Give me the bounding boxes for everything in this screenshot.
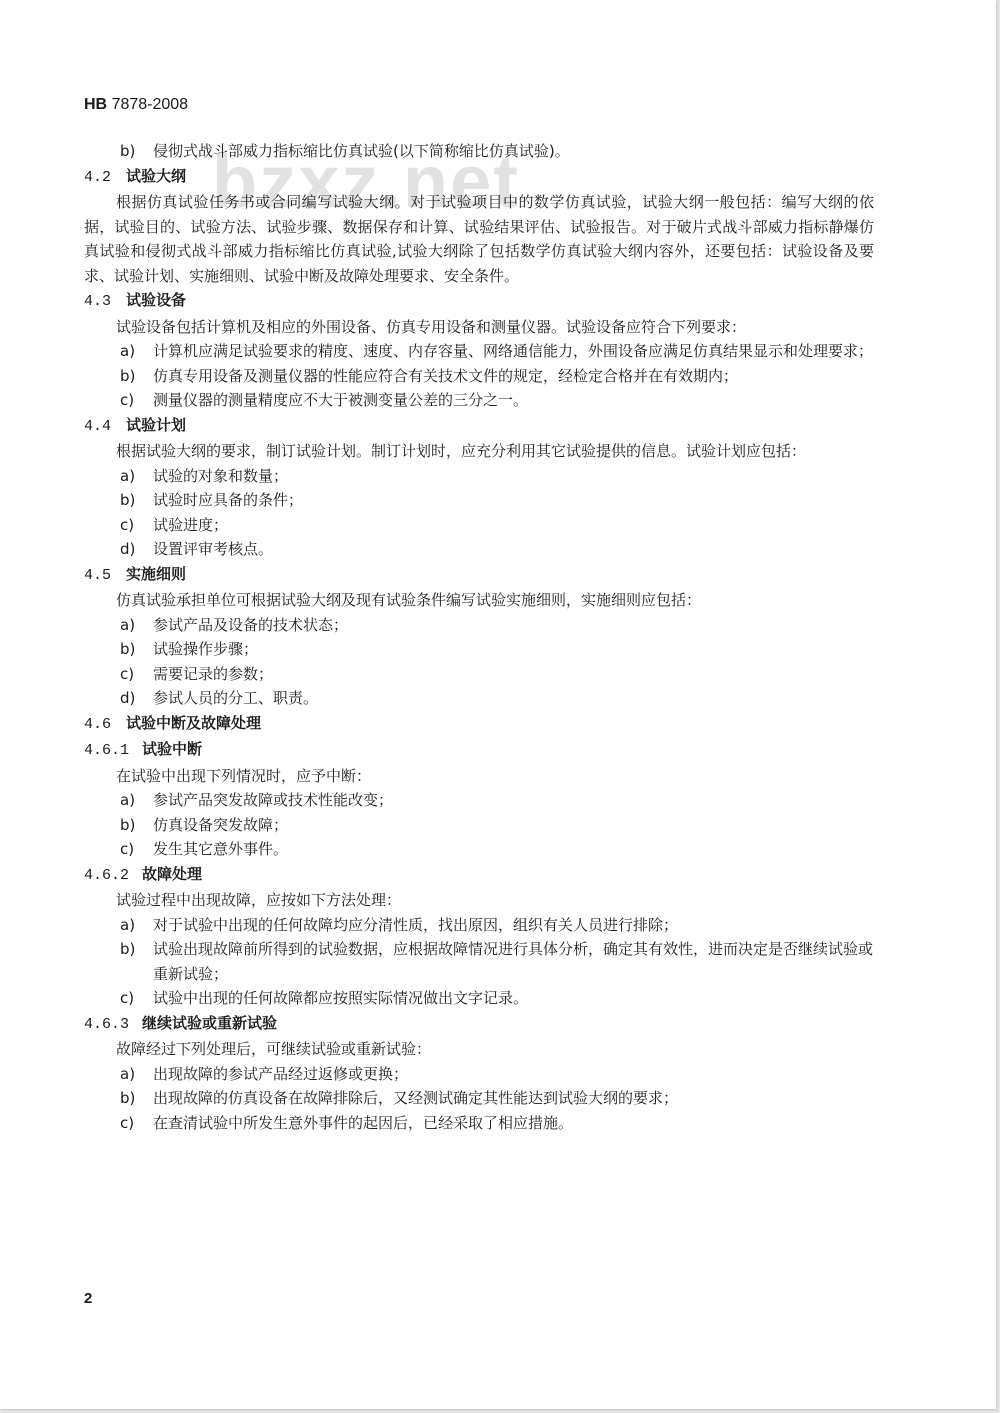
section-number: 4.6	[84, 713, 126, 738]
item-text: 侵彻式战斗部威力指标缩比仿真试验(以下简称缩比仿真试验)。	[118, 139, 874, 164]
section-number: 4.6.1	[84, 739, 142, 764]
list-item: c)试验进度；	[84, 513, 874, 538]
item-text: 仿真专用设备及测量仪器的性能应符合有关技术文件的规定，经检定合格并在有效期内；	[118, 364, 874, 389]
section-title: 故障处理	[142, 865, 202, 883]
item-text: 对于试验中出现的任何故障均应分清性质，找出原因，组织有关人员进行排除；	[118, 913, 874, 938]
item-text: 试验进度；	[118, 513, 874, 538]
list-item: a)计算机应满足试验要求的精度、速度、内存容量、网络通信能力，外围设备应满足仿真…	[84, 339, 874, 364]
list-item: c)在查清试验中所发生意外事件的起因后，已经采取了相应措施。	[84, 1111, 874, 1136]
item-text: 仿真设备突发故障；	[118, 813, 874, 838]
list-item: a)对于试验中出现的任何故障均应分清性质，找出原因，组织有关人员进行排除；	[84, 913, 874, 938]
section-title: 继续试验或重新试验	[142, 1014, 277, 1032]
section-number: 4.2	[84, 166, 126, 191]
section-heading-4-4: 4.4试验计划	[84, 413, 874, 440]
item-label: c)	[120, 388, 134, 413]
item-text: 参试产品及设备的技术状态；	[118, 613, 874, 638]
item-label: c)	[120, 662, 134, 687]
list-item: c)试验中出现的任何故障都应按照实际情况做出文字记录。	[84, 986, 874, 1011]
list-item: a)参试产品及设备的技术状态；	[84, 613, 874, 638]
item-text: 试验中出现的任何故障都应按照实际情况做出文字记录。	[118, 986, 874, 1011]
page-number: 2	[84, 1290, 92, 1307]
standard-code: HB 7878-2008	[84, 96, 188, 114]
item-text: 试验出现故障前所得到的试验数据，应根据故障情况进行具体分析，确定其有效性，进而决…	[118, 937, 874, 986]
list-item: a)参试产品突发故障或技术性能改变；	[84, 788, 874, 813]
paragraph: 故障经过下列处理后，可继续试验或重新试验：	[84, 1037, 874, 1062]
list-item: b)试验出现故障前所得到的试验数据，应根据故障情况进行具体分析，确定其有效性，进…	[84, 937, 874, 986]
document-body: b)侵彻式战斗部威力指标缩比仿真试验(以下简称缩比仿真试验)。 4.2试验大纲 …	[84, 139, 874, 1135]
list-item: b)试验操作步骤；	[84, 637, 874, 662]
item-label: b)	[120, 488, 135, 513]
section-number: 4.6.2	[84, 864, 142, 889]
item-label: b)	[120, 637, 135, 662]
list-item: c)需要记录的参数；	[84, 662, 874, 687]
section-number: 4.4	[84, 415, 126, 440]
section-title: 试验中断及故障处理	[126, 714, 261, 732]
section-title: 试验中断	[142, 740, 202, 758]
list-item: a)出现故障的参试产品经过返修或更换；	[84, 1062, 874, 1087]
section-heading-4-6: 4.6试验中断及故障处理	[84, 711, 874, 738]
item-label: b)	[120, 139, 135, 164]
section-heading-4-5: 4.5实施细则	[84, 562, 874, 589]
item-label: c)	[120, 837, 134, 862]
section-title: 试验计划	[126, 416, 186, 434]
item-label: c)	[120, 986, 134, 1011]
section-heading-4-3: 4.3试验设备	[84, 288, 874, 315]
section-title: 试验设备	[126, 291, 186, 309]
item-label: b)	[120, 937, 135, 962]
item-text: 试验时应具备的条件；	[118, 488, 874, 513]
item-label: a)	[120, 464, 135, 489]
item-label: a)	[120, 613, 135, 638]
item-text: 测量仪器的测量精度应不大于被测变量公差的三分之一。	[118, 388, 874, 413]
list-item: b)试验时应具备的条件；	[84, 488, 874, 513]
paragraph: 仿真试验承担单位可根据试验大纲及现有试验条件编写试验实施细则，实施细则应包括：	[84, 588, 874, 613]
item-label: b)	[120, 1086, 135, 1111]
item-text: 参试产品突发故障或技术性能改变；	[118, 788, 874, 813]
item-text: 发生其它意外事件。	[118, 837, 874, 862]
item-label: d)	[120, 537, 135, 562]
paragraph: 根据试验大纲的要求，制订试验计划。制订计划时，应充分利用其它试验提供的信息。试验…	[84, 439, 874, 464]
item-label: c)	[120, 513, 134, 538]
list-item: c)测量仪器的测量精度应不大于被测变量公差的三分之一。	[84, 388, 874, 413]
section-title: 实施细则	[126, 565, 186, 583]
item-text: 设置评审考核点。	[118, 537, 874, 562]
section-number: 4.5	[84, 564, 126, 589]
item-label: a)	[120, 913, 135, 938]
item-text: 需要记录的参数；	[118, 662, 874, 687]
section-heading-4-6-2: 4.6.2故障处理	[84, 862, 874, 889]
item-text: 计算机应满足试验要求的精度、速度、内存容量、网络通信能力，外围设备应满足仿真结果…	[118, 339, 874, 364]
paragraph: 在试验中出现下列情况时，应予中断：	[84, 764, 874, 789]
item-text: 参试人员的分工、职责。	[118, 686, 874, 711]
list-item: b)出现故障的仿真设备在故障排除后，又经测试确定其性能达到试验大纲的要求；	[84, 1086, 874, 1111]
list-item: d)设置评审考核点。	[84, 537, 874, 562]
paragraph: 根据仿真试验任务书或合同编写试验大纲。对于试验项目中的数学仿真试验，试验大纲一般…	[84, 190, 874, 288]
list-item: b)仿真专用设备及测量仪器的性能应符合有关技术文件的规定，经检定合格并在有效期内…	[84, 364, 874, 389]
standard-number: 7878-2008	[112, 96, 189, 113]
item-text: 出现故障的参试产品经过返修或更换；	[118, 1062, 874, 1087]
list-item: b)仿真设备突发故障；	[84, 813, 874, 838]
list-item: d)参试人员的分工、职责。	[84, 686, 874, 711]
item-label: a)	[120, 1062, 135, 1087]
paragraph: 试验设备包括计算机及相应的外围设备、仿真专用设备和测量仪器。试验设备应符合下列要…	[84, 315, 874, 340]
section-number: 4.3	[84, 290, 126, 315]
section-title: 试验大纲	[126, 167, 186, 185]
list-item: c)发生其它意外事件。	[84, 837, 874, 862]
item-label: c)	[120, 1111, 134, 1136]
item-text: 试验操作步骤；	[118, 637, 874, 662]
item-text: 在查清试验中所发生意外事件的起因后，已经采取了相应措施。	[118, 1111, 874, 1136]
section-heading-4-6-3: 4.6.3继续试验或重新试验	[84, 1011, 874, 1038]
section-heading-4-2: 4.2试验大纲	[84, 164, 874, 191]
item-label: d)	[120, 686, 135, 711]
item-text: 出现故障的仿真设备在故障排除后，又经测试确定其性能达到试验大纲的要求；	[118, 1086, 874, 1111]
document-page: bzxz.net HB 7878-2008 b)侵彻式战斗部威力指标缩比仿真试验…	[0, 0, 996, 1409]
item-label: a)	[120, 339, 135, 364]
item-label: a)	[120, 788, 135, 813]
paragraph: 试验过程中出现故障，应按如下方法处理：	[84, 888, 874, 913]
item-text: 试验的对象和数量；	[118, 464, 874, 489]
section-heading-4-6-1: 4.6.1试验中断	[84, 737, 874, 764]
list-item: a)试验的对象和数量；	[84, 464, 874, 489]
standard-prefix: HB	[84, 96, 107, 113]
item-label: b)	[120, 364, 135, 389]
item-label: b)	[120, 813, 135, 838]
list-item: b)侵彻式战斗部威力指标缩比仿真试验(以下简称缩比仿真试验)。	[84, 139, 874, 164]
section-number: 4.6.3	[84, 1013, 142, 1038]
